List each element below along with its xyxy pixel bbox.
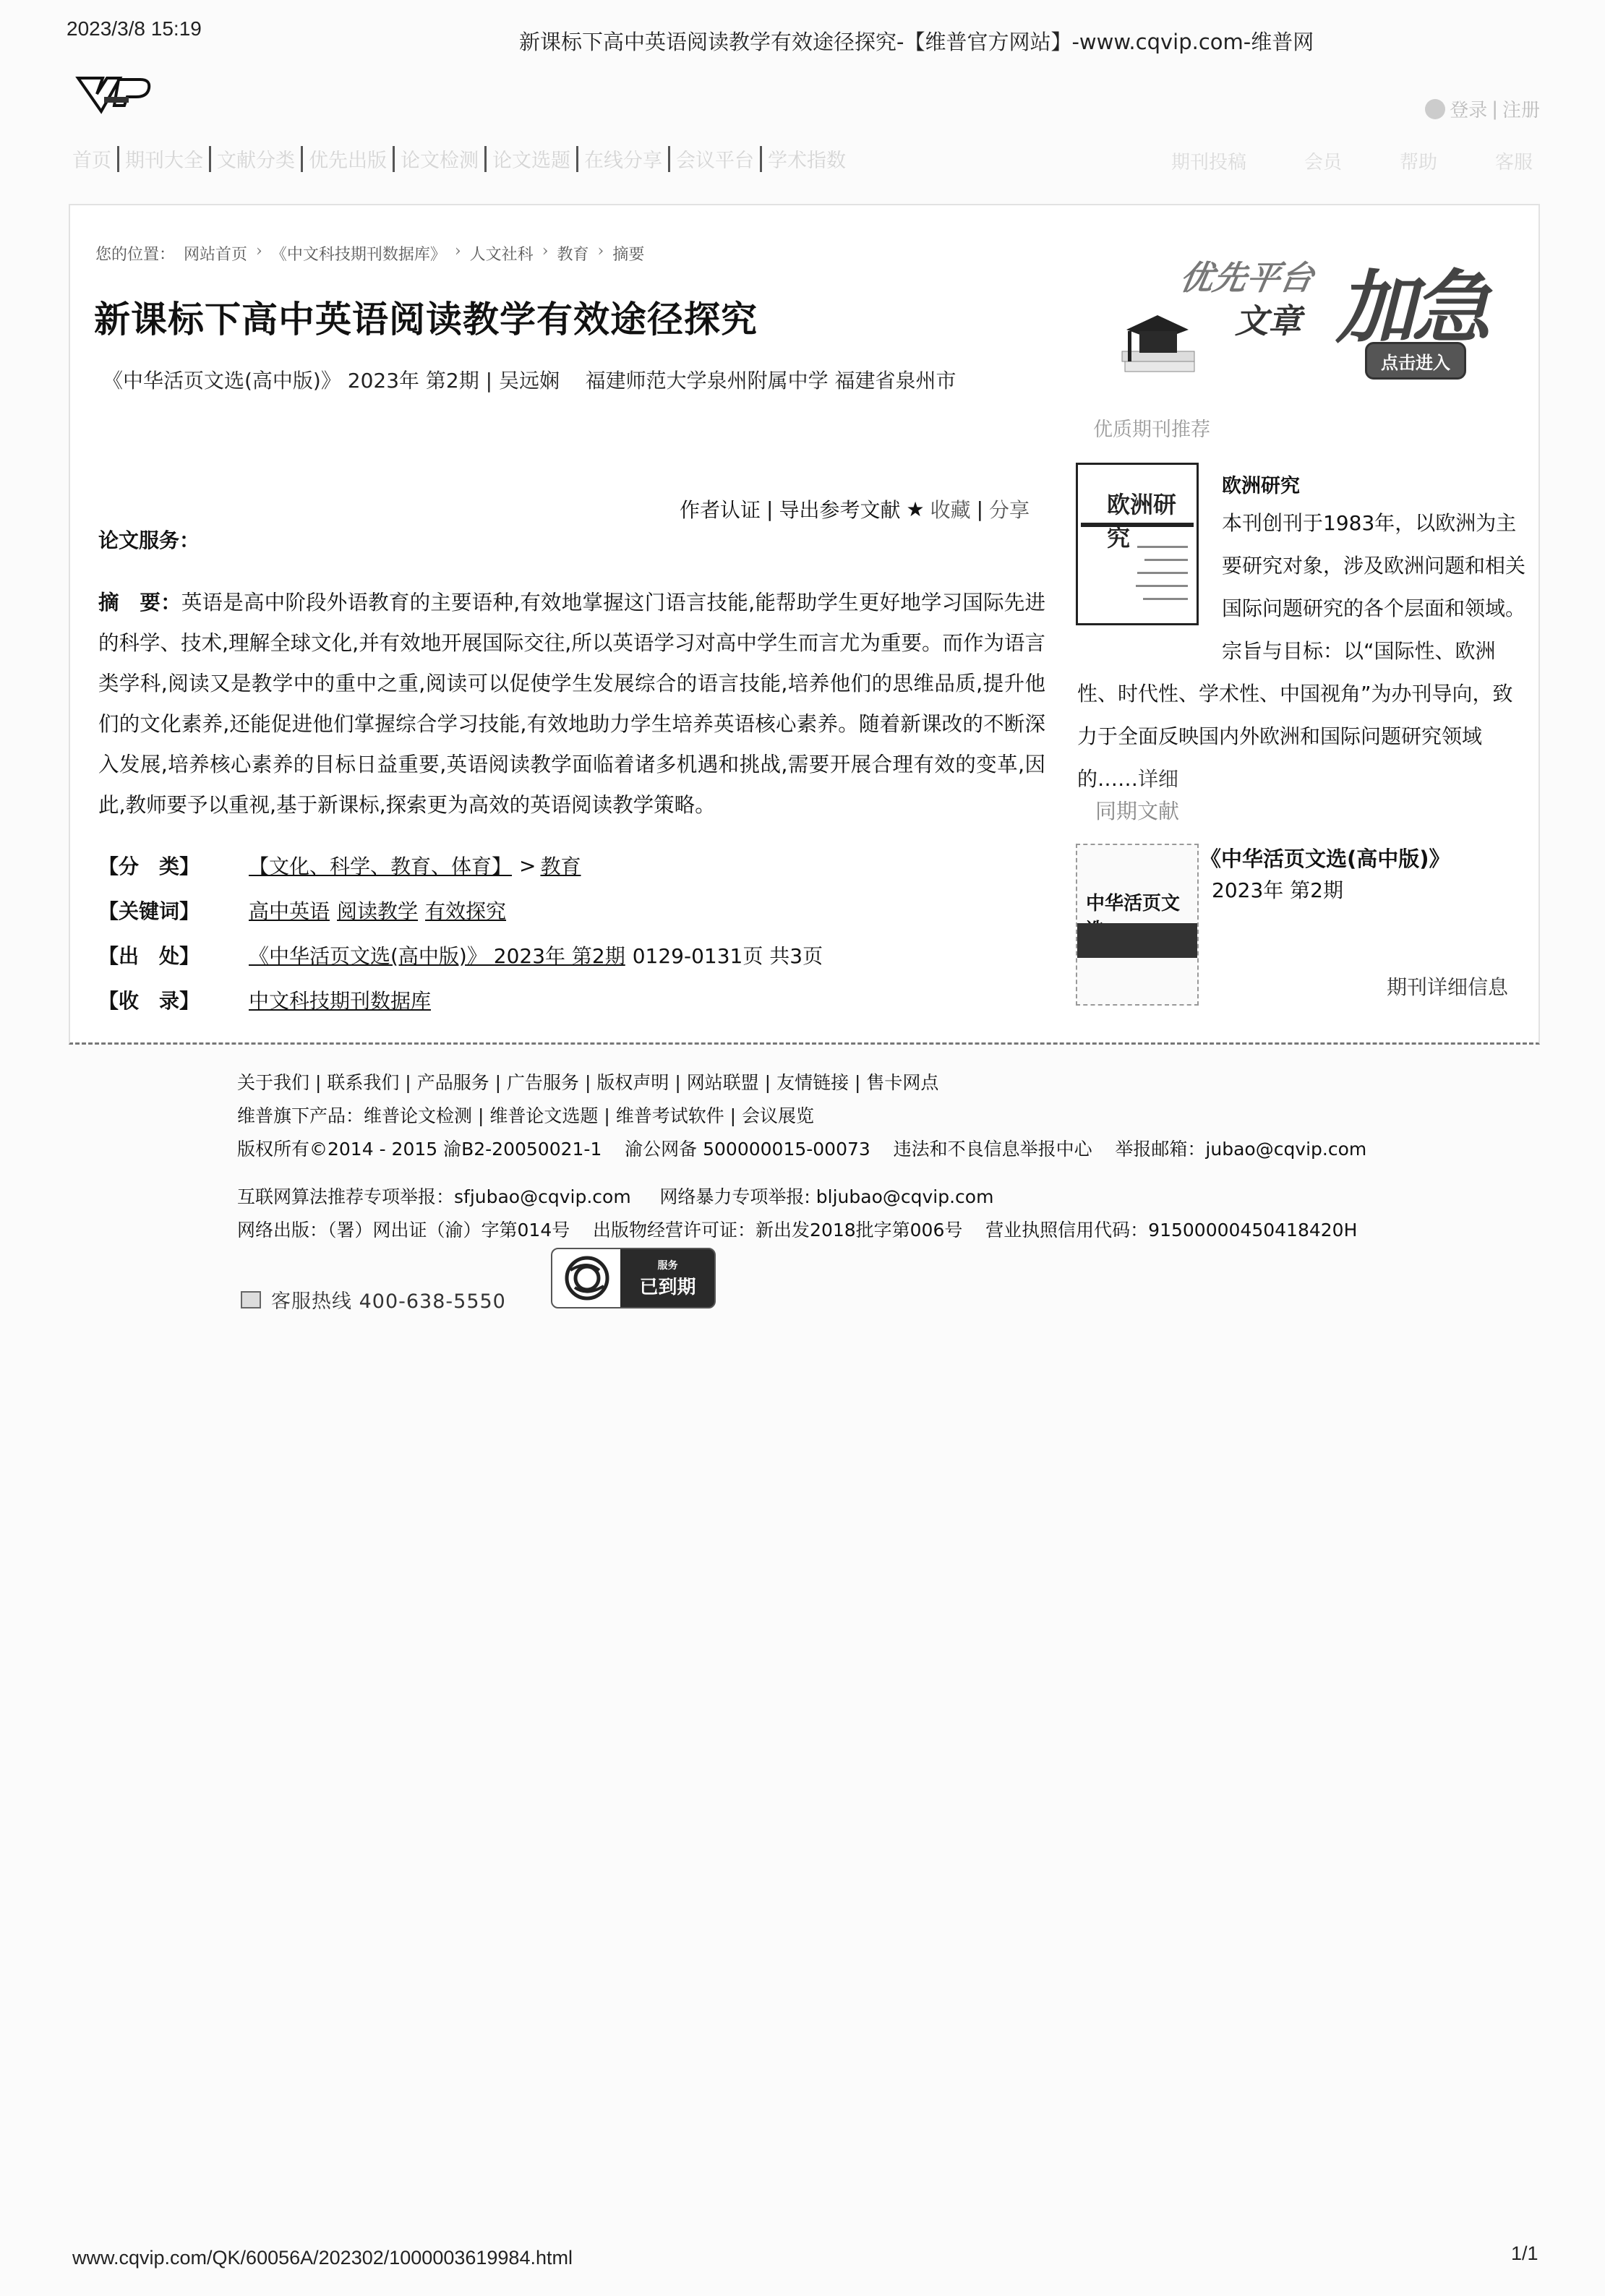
nav-item[interactable]: 文献分类: [217, 145, 295, 173]
share-link[interactable]: 分享: [989, 494, 1030, 523]
service-expired-badge[interactable]: 服务 已到期: [551, 1248, 716, 1308]
footer-special-reports: 互联网算法推荐专项举报：sfjubao@cqvip.com 网络暴力专项举报: …: [237, 1181, 1366, 1214]
category-main-link[interactable]: 【文化、科学、教育、体育】: [249, 851, 512, 880]
badge-main: 已到期: [639, 1272, 695, 1299]
category-sub-link[interactable]: 教育: [540, 851, 581, 880]
field-label: 【分 类】: [98, 851, 249, 880]
products-label: 维普旗下产品：: [237, 1105, 364, 1126]
phone-icon: [241, 1291, 261, 1308]
site-footer: 关于我们 | 联系我们 | 产品服务 | 广告服务 | 版权声明 | 网站联盟 …: [237, 1066, 1366, 1247]
product-link[interactable]: 维普考试软件: [616, 1105, 724, 1126]
abstract-label: 摘 要：: [98, 591, 181, 614]
print-page-title: 新课标下高中英语阅读教学有效途径探究-【维普官方网站】-www.cqvip.co…: [519, 26, 1314, 56]
nav-separator: [668, 146, 670, 172]
action-separator: |: [977, 497, 983, 521]
register-link[interactable]: 注册: [1502, 95, 1540, 122]
breadcrumb: 您的位置： 网站首页 › 《中文科技期刊数据库》 › 人文社科 › 教育 › 摘…: [95, 242, 644, 265]
product-link[interactable]: 会议展览: [742, 1105, 814, 1126]
chevron-right-icon: ›: [455, 242, 461, 265]
footer-link[interactable]: 友情链接: [776, 1072, 849, 1093]
abstract-text: 英语是高中阶段外语教育的主要语种,有效地掌握这门语言技能,能帮助学生更好地学习国…: [98, 591, 1045, 817]
vip-logo-icon: [75, 72, 155, 116]
login-separator: |: [1491, 98, 1498, 120]
product-link[interactable]: 维普论文检测: [364, 1105, 472, 1126]
nav-right: 期刊投稿 会员 帮助 客服: [1171, 147, 1533, 174]
footer-link[interactable]: 产品服务: [417, 1072, 489, 1093]
field-source: 【出 处】 《中华活页文选(高中版)》 2023年 第2期 0129-0131页…: [98, 933, 823, 977]
journal-detail-link[interactable]: 期刊详细信息: [1387, 972, 1508, 1001]
nav-separator: [760, 146, 762, 172]
badge-logo: [552, 1249, 621, 1307]
badge-top: 服务: [658, 1258, 678, 1272]
nav-item[interactable]: 首页: [72, 145, 111, 173]
banner-enter-button[interactable]: 点击进入: [1365, 342, 1466, 380]
vip-logo[interactable]: [75, 72, 155, 116]
float-spacer: [1077, 502, 1222, 672]
nav-item[interactable]: 论文选题: [492, 145, 570, 173]
product-link[interactable]: 维普论文选题: [489, 1105, 598, 1126]
field-label: 【收 录】: [98, 985, 249, 1014]
badge-text: 服务 已到期: [621, 1249, 714, 1307]
footer-spacer: [237, 1166, 1366, 1181]
source-link[interactable]: 《中华活页文选(高中版)》 2023年 第2期: [249, 941, 625, 969]
footer-link[interactable]: 网站联盟: [687, 1072, 759, 1093]
police-record[interactable]: 渝公网备 500000015-00073: [625, 1139, 870, 1160]
keyword-link[interactable]: 阅读教学: [337, 896, 418, 925]
footer-licenses: 网络出版：（署）网出证（渝）字第014号 出版物经营许可证：新出发2018批字第…: [237, 1214, 1366, 1247]
database-link[interactable]: 中文科技期刊数据库: [249, 985, 431, 1014]
breadcrumb-item[interactable]: 人文社科: [470, 242, 534, 265]
footer-link[interactable]: 售卡网点: [866, 1072, 938, 1093]
nav-separator: [117, 146, 119, 172]
footer-links: 关于我们 | 联系我们 | 产品服务 | 广告服务 | 版权声明 | 网站联盟 …: [237, 1066, 1366, 1100]
recommended-journal-name[interactable]: 欧洲研究: [1222, 470, 1300, 498]
hotline-text: 客服热线 400-638-5550: [271, 1285, 506, 1314]
nav-separator: [393, 146, 395, 172]
keyword-link[interactable]: 有效探究: [425, 896, 506, 925]
keyword-link[interactable]: 高中英语: [249, 896, 330, 925]
breadcrumb-item[interactable]: 《中文科技期刊数据库》: [271, 242, 446, 265]
author-verify-link[interactable]: 作者认证: [680, 494, 761, 523]
nav-separator: [576, 146, 578, 172]
journal-link[interactable]: 《中华活页文选(高中版)》: [103, 369, 341, 393]
report-center-link[interactable]: 违法和不良信息举报中心: [894, 1139, 1092, 1160]
nav-right-item[interactable]: 客服: [1495, 147, 1533, 174]
nav-item[interactable]: 会议平台: [676, 145, 754, 173]
article-actions: 作者认证 | 导出参考文献 ★ 收藏 | 分享: [680, 494, 1030, 523]
main-nav: 首页 期刊大全 文献分类 优先出版 论文检测 论文选题 在线分享 会议平台 学术…: [72, 145, 846, 173]
field-indexed: 【收 录】 中文科技期刊数据库: [98, 977, 823, 1022]
field-keywords: 【关键词】 高中英语 阅读教学 有效探究: [98, 888, 823, 933]
meta-spacer: [566, 369, 579, 393]
publish-license: 出版物经营许可证：新出发2018批字第006号: [593, 1220, 962, 1241]
user-icon: [1425, 99, 1445, 119]
footer-link[interactable]: 版权声明: [596, 1072, 669, 1093]
login-link[interactable]: 登录: [1450, 95, 1487, 122]
field-label: 【关键词】: [98, 896, 249, 925]
algo-report: 互联网算法推荐专项举报：sfjubao@cqvip.com: [237, 1186, 631, 1207]
article-meta: 《中华活页文选(高中版)》 2023年 第2期 | 吴远娴 福建师范大学泉州附属…: [103, 365, 956, 394]
customer-hotline: 客服热线 400-638-5550: [241, 1285, 506, 1314]
nav-separator: [301, 146, 303, 172]
footer-link[interactable]: 广告服务: [507, 1072, 579, 1093]
business-license: 营业执照信用代码：91500000450418420H: [985, 1220, 1357, 1241]
nav-separator: [484, 146, 487, 172]
graduation-cap-icon: [1118, 309, 1197, 376]
swirl-logo-icon: [563, 1254, 611, 1302]
nav-item[interactable]: 优先出版: [309, 145, 387, 173]
export-references-link[interactable]: 导出参考文献: [779, 494, 900, 523]
breadcrumb-item[interactable]: 网站首页: [184, 242, 247, 265]
breadcrumb-prefix: 您的位置：: [95, 242, 175, 265]
report-email: 举报邮箱：jubao@cqvip.com: [1115, 1139, 1366, 1160]
author-link[interactable]: 吴远娴: [499, 369, 560, 393]
issue-cover[interactable]: 中华活页文选: [1076, 844, 1199, 1006]
nav-item[interactable]: 期刊大全: [125, 145, 203, 173]
abstract: 摘 要：英语是高中阶段外语教育的主要语种,有效地掌握这门语言技能,能帮助学生更好…: [98, 583, 1045, 826]
footer-link[interactable]: 关于我们: [237, 1072, 309, 1093]
cover-band: [1077, 923, 1197, 958]
print-page-number: 1/1: [1511, 2243, 1538, 2265]
nav-item[interactable]: 在线分享: [584, 145, 662, 173]
footer-copyright: 版权所有©2014 - 2015 渝B2-20050021-1 渝公网备 500…: [237, 1133, 1366, 1166]
same-issue-heading: 同期文献: [1095, 795, 1179, 825]
star-icon: ★: [906, 497, 924, 521]
footer-link[interactable]: 联系我们: [327, 1072, 399, 1093]
field-category: 【分 类】 【文化、科学、教育、体育】 > 教育: [98, 843, 823, 888]
nav-separator: [209, 146, 211, 172]
copyright: 版权所有©2014 - 2015 渝B2-20050021-1: [237, 1139, 602, 1160]
affiliation: 福建师范大学泉州附属中学 福建省泉州市: [586, 369, 956, 393]
nav-right-item[interactable]: 会员: [1304, 147, 1342, 174]
chevron-right-icon: ›: [542, 242, 549, 265]
recommend-heading: 优质期刊推荐: [1093, 414, 1210, 442]
article-fields: 【分 类】 【文化、科学、教育、体育】 > 教育 【关键词】 高中英语 阅读教学…: [98, 843, 823, 1022]
violence-report: 网络暴力专项举报: bljubao@cqvip.com: [659, 1186, 993, 1207]
same-issue-journal-name[interactable]: 《中华活页文选(高中版)》: [1200, 843, 1450, 873]
priority-publish-banner[interactable]: 优先平台 文章 加急 点击进入: [1069, 223, 1531, 396]
chevron-right-icon: ›: [598, 242, 604, 265]
chevron-right-icon: ›: [256, 242, 262, 265]
breadcrumb-current: 摘要: [612, 242, 644, 265]
nav-item[interactable]: 学术指数: [768, 145, 846, 173]
nav-right-item[interactable]: 期刊投稿: [1171, 147, 1246, 174]
print-url: www.cqvip.com/QK/60056A/202302/100000361…: [72, 2247, 573, 2269]
article-title: 新课标下高中英语阅读教学有效途径探究: [94, 291, 758, 343]
banner-line2: 文章: [1235, 295, 1301, 343]
banner-line1: 优先平台: [1176, 252, 1318, 299]
recommended-journal-desc: 本刊创刊于1983年，以欧洲为主要研究对象，涉及欧洲问题和相关国际问题研究的各个…: [1077, 502, 1533, 800]
same-issue-year: 2023年 第2期: [1212, 875, 1343, 904]
nav-item[interactable]: 论文检测: [401, 145, 479, 173]
footer-products: 维普旗下产品：维普论文检测 | 维普论文选题 | 维普考试软件 | 会议展览: [237, 1100, 1366, 1133]
source-pages: 0129-0131页 共3页: [633, 941, 823, 969]
action-separator: |: [766, 497, 773, 521]
category-arrow: >: [519, 854, 536, 878]
login-register[interactable]: 登录 | 注册: [1425, 95, 1540, 122]
year-issue[interactable]: 2023年 第2期: [348, 369, 479, 393]
paper-service-label: 论文服务：: [98, 525, 200, 554]
print-datetime: 2023/3/8 15:19: [67, 17, 202, 40]
journal-detail-link[interactable]: 详细: [1138, 767, 1178, 791]
meta-separator: |: [486, 369, 499, 393]
breadcrumb-item[interactable]: 教育: [557, 242, 589, 265]
favorite-link[interactable]: 收藏: [930, 494, 971, 523]
field-label: 【出 处】: [98, 941, 249, 969]
nav-right-item[interactable]: 帮助: [1400, 147, 1437, 174]
net-publish-license: 网络出版：（署）网出证（渝）字第014号: [237, 1220, 570, 1241]
